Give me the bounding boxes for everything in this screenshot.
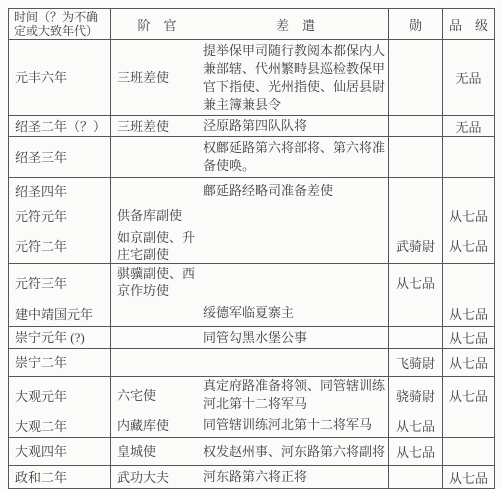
rank-label: 六宅使 xyxy=(111,387,203,404)
year-label: 大观四年 xyxy=(9,444,110,459)
header-time-line2: 定或大致年代） xyxy=(14,24,110,38)
assignment-text: 权鄜延路第六将部将、第六将准备使唤。 xyxy=(203,139,388,175)
table-row-group: 大观元年 大观二年 六宅使真定府路准备将领、同管辖训练河北第十二将军马 内藏库使… xyxy=(9,377,495,438)
rank-assignment-cell: 同管勾黑水堡公事 xyxy=(111,327,389,349)
header-grade: 品 级 xyxy=(443,9,495,40)
rank-assignment-cell: 骐骥副使、西京作坊使 绥德军临夏寨主 xyxy=(111,264,389,327)
rank-label: 骐骥副使、西京作坊使 xyxy=(111,265,203,299)
rank-assignment-cell xyxy=(111,349,389,377)
grade-label: 从七品 xyxy=(443,377,494,413)
grade-cell xyxy=(443,137,495,178)
merit-label: 从七品 xyxy=(389,264,442,300)
rank-assignment-cell: 六宅使真定府路准备将领、同管辖训练河北第十二将军马 内藏库使同管辖训练河北第十二… xyxy=(111,377,389,438)
rank-label: 供备库副使 xyxy=(111,207,203,224)
assignment-text: 真定府路准备将领、同管辖训练河北第十二将军马 xyxy=(203,377,388,413)
header-row: 时间（？为不确 定或大致年代） 阶 官 差 遣 勋 品 级 xyxy=(9,9,495,40)
table-row: 元丰六年 三班差使 提举保甲司随行教阅本都保内人兼部辖、代州繁畤县巡检教保甲官下… xyxy=(9,40,495,116)
year-label: 大观二年 xyxy=(9,413,110,437)
year-label: 元符二年 xyxy=(9,228,110,263)
grade-cell: 无品 xyxy=(443,116,495,137)
rank-label: 内藏库使 xyxy=(111,417,203,434)
merit-label: 从七品 xyxy=(389,413,442,437)
header-rank-assignment: 阶 官 差 遣 xyxy=(111,9,389,40)
time-cell: 大观四年 xyxy=(9,438,111,466)
assignment-text: 同管勾黑水堡公事 xyxy=(203,329,388,347)
time-cell: 元丰六年 xyxy=(9,40,111,116)
time-cell: 绍圣四年 元符元年 元符二年 xyxy=(9,178,111,264)
time-cell: 崇宁元年 (?) xyxy=(9,327,111,349)
header-rank: 阶 官 xyxy=(111,15,203,34)
assignment-text: 河东路第六将正将 xyxy=(203,468,388,479)
table-row: 绍圣三年 权鄜延路第六将部将、第六将准备使唤。 xyxy=(9,137,495,178)
year-label: 崇宁元年 (?) xyxy=(9,330,110,345)
rank-assignment-cell: 三班差使 提举保甲司随行教阅本都保内人兼部辖、代州繁畤县巡检教保甲官下指使、光州… xyxy=(111,40,389,116)
year-label: 政和二年 xyxy=(9,470,110,480)
table-row: 绍圣二年（？） 三班差使 泾原路第四队队将 无品 xyxy=(9,116,495,137)
grade-cell: 无品 xyxy=(443,40,495,116)
merit-label: 骁骑尉 xyxy=(389,377,442,413)
merit-cell xyxy=(389,327,443,349)
merit-cell: 骁骑尉 从七品 xyxy=(389,377,443,438)
header-merit: 勋 xyxy=(389,9,443,40)
grade-cell: 从七品 从七品 xyxy=(443,178,495,264)
table-row: 崇宁二年 飞骑尉 从七品 xyxy=(9,349,495,377)
rank-assignment-cell: 鄜延路经略司准备差使 供备库副使 如京副使、升庄宅副使 xyxy=(111,178,389,264)
assignment-text: 提举保甲司随行教阅本都保内人兼部辖、代州繁畤县巡检教保甲官下指使、光州指使、仙居… xyxy=(203,42,388,114)
rank-label: 武功大夫 xyxy=(111,469,203,480)
year-label: 元丰六年 xyxy=(9,70,110,85)
year-label: 元符三年 xyxy=(9,264,110,300)
table-row: 政和二年 武功大夫 河东路第六将正将 从七品 xyxy=(9,466,495,480)
rank-label: 皇城使 xyxy=(111,443,203,460)
grade-cell: 从七品 xyxy=(443,327,495,349)
merit-cell xyxy=(389,466,443,480)
time-cell: 绍圣三年 xyxy=(9,137,111,178)
table-row: 大观四年 皇城使 权发赵州事、河东路第六将副将 从七品 xyxy=(9,438,495,466)
assignment-text: 权发赵州事、河东路第六将副将 xyxy=(203,443,388,461)
header-assignment: 差 遣 xyxy=(203,15,388,34)
grade-label: 从七品 xyxy=(443,300,494,326)
time-cell: 政和二年 xyxy=(9,466,111,480)
rank-label: 三班差使 xyxy=(111,118,203,135)
career-table: 时间（？为不确 定或大致年代） 阶 官 差 遣 勋 品 级 元丰六年 三班差使 … xyxy=(8,8,495,479)
table-row-group: 元符三年 建中靖国元年 骐骥副使、西京作坊使 绥德军临夏寨主 从七品 从七品 xyxy=(9,264,495,327)
grade-label: 从七品 xyxy=(443,228,494,263)
year-label: 绍圣二年（？） xyxy=(9,119,110,134)
rank-assignment-cell: 三班差使 泾原路第四队队将 xyxy=(111,116,389,137)
grade-cell: 从七品 xyxy=(443,349,495,377)
merit-cell: 从七品 xyxy=(389,264,443,327)
merit-cell: 武骑尉 xyxy=(389,178,443,264)
grade-label: 从七品 xyxy=(443,203,494,228)
table-row: 崇宁元年 (?) 同管勾黑水堡公事 从七品 xyxy=(9,327,495,349)
merit-cell xyxy=(389,137,443,178)
year-label: 绍圣四年 xyxy=(9,178,110,203)
grade-cell xyxy=(443,438,495,466)
time-cell: 大观元年 大观二年 xyxy=(9,377,111,438)
year-label: 大观元年 xyxy=(9,377,110,413)
rank-assignment-cell: 武功大夫 河东路第六将正将 xyxy=(111,466,389,480)
merit-cell: 飞骑尉 xyxy=(389,349,443,377)
year-label: 崇宁二年 xyxy=(9,355,110,370)
grade-cell: 从七品 xyxy=(443,466,495,480)
rank-label: 如京副使、升庄宅副使 xyxy=(111,229,203,263)
header-time-line1: 时间（？为不确 xyxy=(14,10,110,24)
merit-cell xyxy=(389,116,443,137)
assignment-text: 泾原路第四队队将 xyxy=(203,117,388,135)
grade-cell: 从七品 xyxy=(443,264,495,327)
merit-cell: 从七品 xyxy=(389,438,443,466)
year-label: 建中靖国元年 xyxy=(9,300,110,326)
rank-assignment-cell: 皇城使 权发赵州事、河东路第六将副将 xyxy=(111,438,389,466)
assignment-text: 绥德军临夏寨主 xyxy=(203,304,388,322)
assignment-text: 鄜延路经略司准备差使 xyxy=(203,182,388,200)
merit-cell xyxy=(389,40,443,116)
scanned-table-page: 时间（？为不确 定或大致年代） 阶 官 差 遣 勋 品 级 元丰六年 三班差使 … xyxy=(8,8,495,479)
merit-label: 武骑尉 xyxy=(389,228,442,263)
rank-label: 三班差使 xyxy=(111,69,203,86)
table-row-group: 绍圣四年 元符元年 元符二年 鄜延路经略司准备差使 供备库副使 如京副使、升庄宅… xyxy=(9,178,495,264)
time-cell: 崇宁二年 xyxy=(9,349,111,377)
assignment-text: 同管辖训练河北第十二将军马 xyxy=(203,416,388,434)
year-label: 绍圣三年 xyxy=(9,150,110,165)
rank-assignment-cell: 权鄜延路第六将部将、第六将准备使唤。 xyxy=(111,137,389,178)
year-label: 元符元年 xyxy=(9,203,110,228)
grade-cell: 从七品 xyxy=(443,377,495,438)
time-cell: 绍圣二年（？） xyxy=(9,116,111,137)
header-time: 时间（？为不确 定或大致年代） xyxy=(9,9,111,40)
time-cell: 元符三年 建中靖国元年 xyxy=(9,264,111,327)
